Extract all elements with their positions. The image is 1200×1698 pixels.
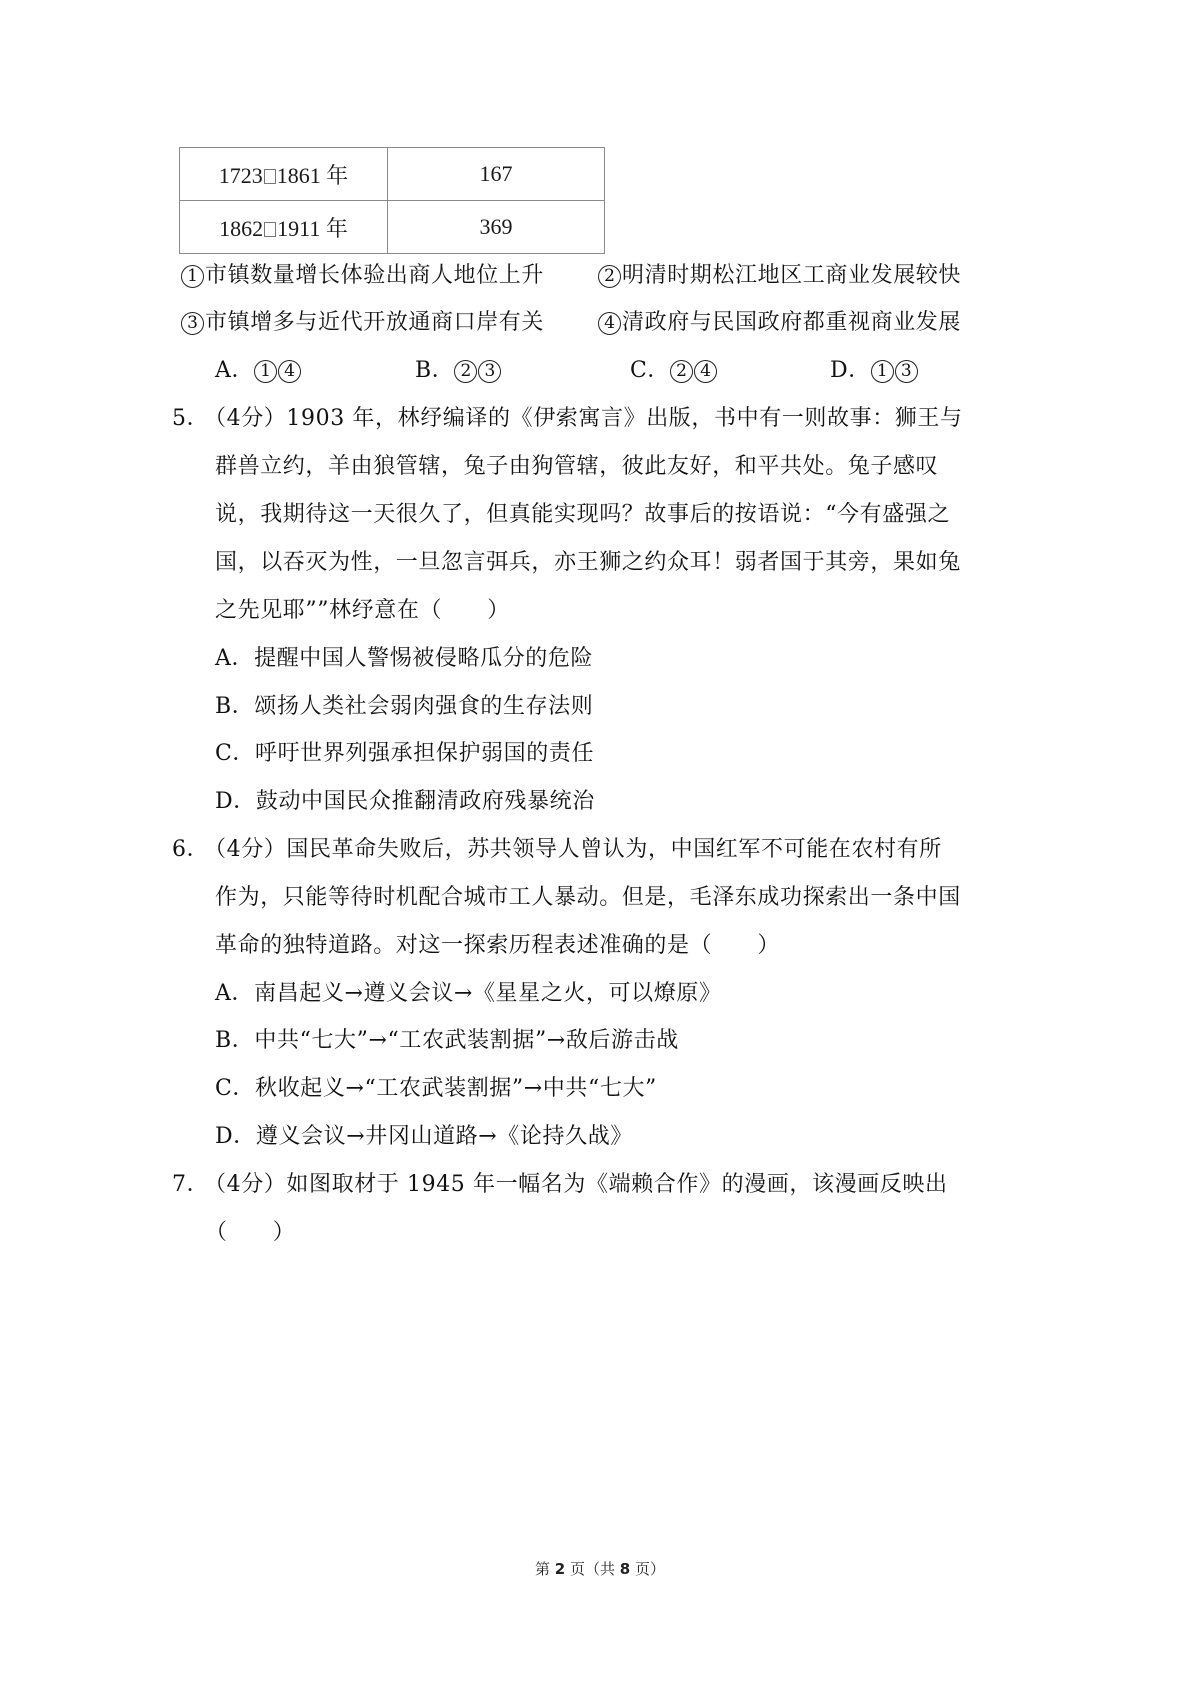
q4-statement-2: 2明清时期松江地区工商业发展较快	[598, 261, 961, 291]
q5-stem-line-1: 5．（4分）1903 年，林纾编译的《伊索寓言》出版，书中有一则故事：狮王与	[172, 404, 963, 434]
total-page-number: 8	[620, 1560, 630, 1578]
question-score: （4分）	[204, 1172, 286, 1197]
q5-option-b[interactable]: B．颂扬人类社会弱肉强食的生存法则	[215, 692, 593, 722]
q5-stem-line-4: 国，以吞灭为性，一旦忽言弭兵，亦王狮之约众耳！弱者国于其旁，果如兔	[215, 548, 961, 578]
period-end: 1911	[277, 216, 320, 241]
circled-number: 3	[895, 360, 918, 383]
circled-number: 3	[478, 360, 501, 383]
circled-number: 4	[598, 312, 621, 335]
q4-statement-3: 3市镇增多与近代开放通商口岸有关	[181, 308, 544, 338]
missing-glyph-icon	[264, 169, 276, 184]
q6-option-b[interactable]: B．中共“七大”→“工农武装割据”→敌后游击战	[215, 1026, 679, 1056]
question-number: 6．	[172, 835, 204, 865]
missing-glyph-icon	[264, 222, 276, 237]
q6-option-a[interactable]: A．南昌起义→遵义会议→《星星之火，可以燎原》	[215, 979, 722, 1009]
circled-number: 1	[871, 360, 894, 383]
q6-stem-line-3: 革命的独特道路。对这一探索历程表述准确的是（ ）	[215, 931, 780, 961]
q6-stem-line-2: 作为，只能等待时机配合城市工人暴动。但是，毛泽东成功探索出一条中国	[215, 883, 961, 913]
q5-option-a[interactable]: A．提醒中国人警惕被侵略瓜分的危险	[215, 644, 593, 674]
q7-stem-line-2: （ ）	[205, 1218, 295, 1248]
circled-number: 4	[278, 360, 301, 383]
question-number: 7．	[172, 1170, 204, 1200]
q5-stem-line-5: 之先见耶””林纾意在（ ）	[215, 596, 510, 626]
q7-stem-line-1: 7．（4分）如图取材于 1945 年一幅名为《端赖合作》的漫画，该漫画反映出	[172, 1170, 948, 1200]
q5-stem-line-3: 说，我期待这一天很久了，但真能实现吗？故事后的按语说：“今有盛强之	[215, 500, 950, 530]
q4-option-b[interactable]: B．23	[415, 356, 502, 386]
q4-option-c[interactable]: C．24	[630, 356, 718, 386]
town-count-table: 17231861 年 167 18621911 年 369	[179, 147, 605, 254]
circled-number: 2	[454, 360, 477, 383]
circled-number: 1	[254, 360, 277, 383]
q4-option-d[interactable]: D．13	[830, 356, 919, 386]
question-number: 5．	[172, 404, 204, 434]
table-cell-period: 18621911 年	[180, 201, 388, 254]
circled-number: 2	[598, 265, 621, 288]
circled-number: 3	[181, 312, 204, 335]
table-row: 18621911 年 369	[180, 201, 605, 254]
current-page-number: 2	[555, 1560, 565, 1578]
q6-option-c[interactable]: C．秋收起义→“工农武装割据”→中共“七大”	[215, 1074, 657, 1104]
q6-stem-line-1: 6．（4分）国民革命失败后，苏共领导人曾认为，中国红军不可能在农村有所	[172, 835, 942, 865]
table-row: 17231861 年 167	[180, 148, 605, 201]
question-score: （4分）	[204, 406, 286, 431]
exam-page: 17231861 年 167 18621911 年 369 1市镇数量增长体验出…	[0, 0, 1200, 1698]
q5-option-c[interactable]: C．呼吁世界列强承担保护弱国的责任	[215, 739, 594, 769]
table-cell-value: 167	[388, 148, 605, 201]
q5-option-d[interactable]: D．鼓动中国民众推翻清政府残暴统治	[215, 787, 595, 817]
period-end: 1861	[277, 163, 321, 188]
circled-number: 2	[670, 360, 693, 383]
circled-number: 1	[181, 265, 204, 288]
period-start: 1862	[219, 216, 263, 241]
question-score: （4分）	[204, 837, 286, 862]
q4-option-a[interactable]: A．14	[215, 356, 302, 386]
page-footer: 第 2 页（共 8 页）	[0, 1558, 1200, 1579]
period-unit: 年	[326, 163, 348, 188]
period-unit: 年	[326, 216, 348, 241]
circled-number: 4	[694, 360, 717, 383]
q4-statement-4: 4清政府与民国政府都重视商业发展	[598, 308, 961, 338]
q4-statement-1: 1市镇数量增长体验出商人地位上升	[181, 261, 544, 291]
q6-option-d[interactable]: D．遵义会议→井冈山道路→《论持久战》	[215, 1122, 633, 1152]
period-start: 1723	[219, 163, 263, 188]
table-cell-value: 369	[388, 201, 605, 254]
table-cell-period: 17231861 年	[180, 148, 388, 201]
q5-stem-line-2: 群兽立约，羊由狼管辖，兔子由狗管辖，彼此友好，和平共处。兔子感叹	[215, 452, 938, 482]
